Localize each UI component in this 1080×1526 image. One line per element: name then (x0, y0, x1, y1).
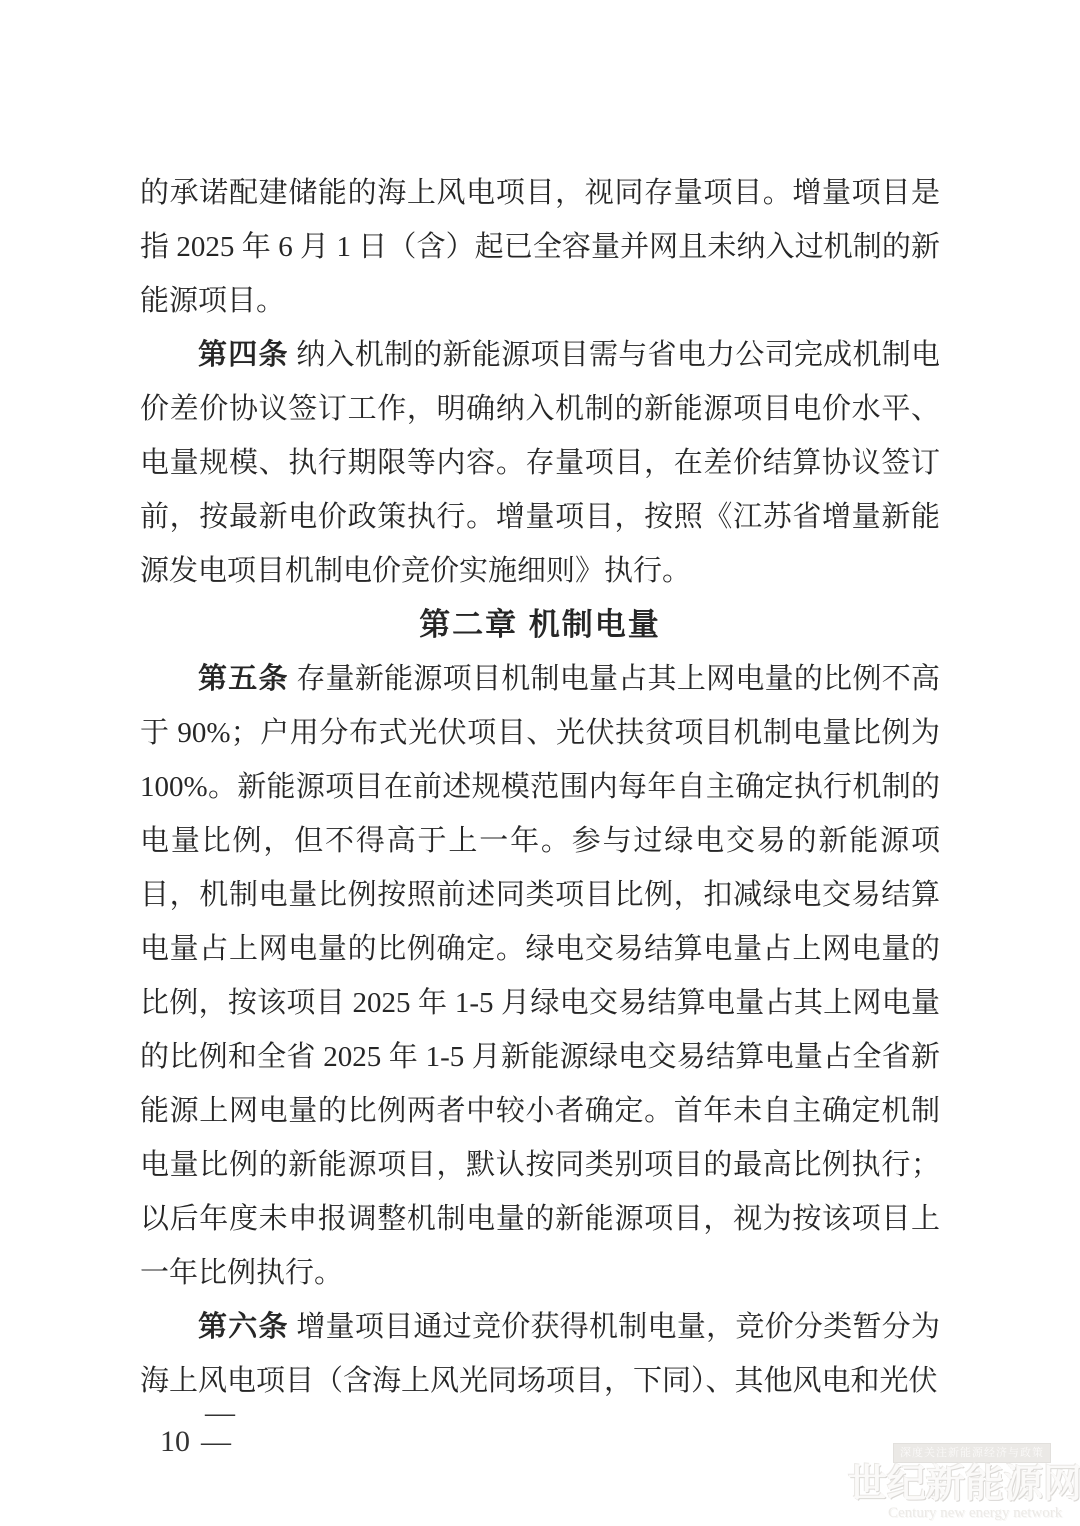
document-page: 的承诺配建储能的海上风电项目，视同存量项目。增量项目是指 2025 年 6 月 … (0, 0, 1080, 1526)
paragraph: 的承诺配建储能的海上风电项目，视同存量项目。增量项目是指 2025 年 6 月 … (140, 166, 940, 328)
chapter-heading: 第二章 机制电量 (140, 598, 940, 652)
paragraph-text: 的承诺配建储能的海上风电项目，视同存量项目。增量项目是指 2025 年 6 月 … (140, 177, 940, 317)
footer-dash-top: — (205, 1398, 235, 1428)
paragraph-text: 纳入机制的新能源项目需与省电力公司完成机制电价差价协议签订工作，明确纳入机制的新… (140, 339, 940, 587)
clause-label: 第五条 (198, 663, 289, 695)
watermark-slogan: 深度关注新能源经济与政策 (893, 1443, 1051, 1463)
document-content: 的承诺配建储能的海上风电项目，视同存量项目。增量项目是指 2025 年 6 月 … (140, 166, 940, 1408)
paragraph: 第六条 增量项目通过竞价获得机制电量，竞价分类暂分为海上风电项目（含海上风光同场… (140, 1300, 940, 1408)
footer-dash-side: — (201, 1427, 231, 1457)
clause-label: 第四条 (198, 339, 289, 371)
paragraph-text: 存量新能源项目机制电量占其上网电量的比例不高于 90%；户用分布式光伏项目、光伏… (140, 663, 940, 1289)
clause-label: 第六条 (198, 1311, 289, 1343)
watermark-subtitle: Century new energy network (888, 1505, 1062, 1522)
paragraph: 第五条 存量新能源项目机制电量占其上网电量的比例不高于 90%；户用分布式光伏项… (140, 652, 940, 1300)
paragraph: 第四条 纳入机制的新能源项目需与省电力公司完成机制电价差价协议签订工作，明确纳入… (140, 328, 940, 598)
watermark-title: 世纪新能源网 (848, 1464, 1080, 1506)
page-number: 10 (160, 1427, 190, 1457)
